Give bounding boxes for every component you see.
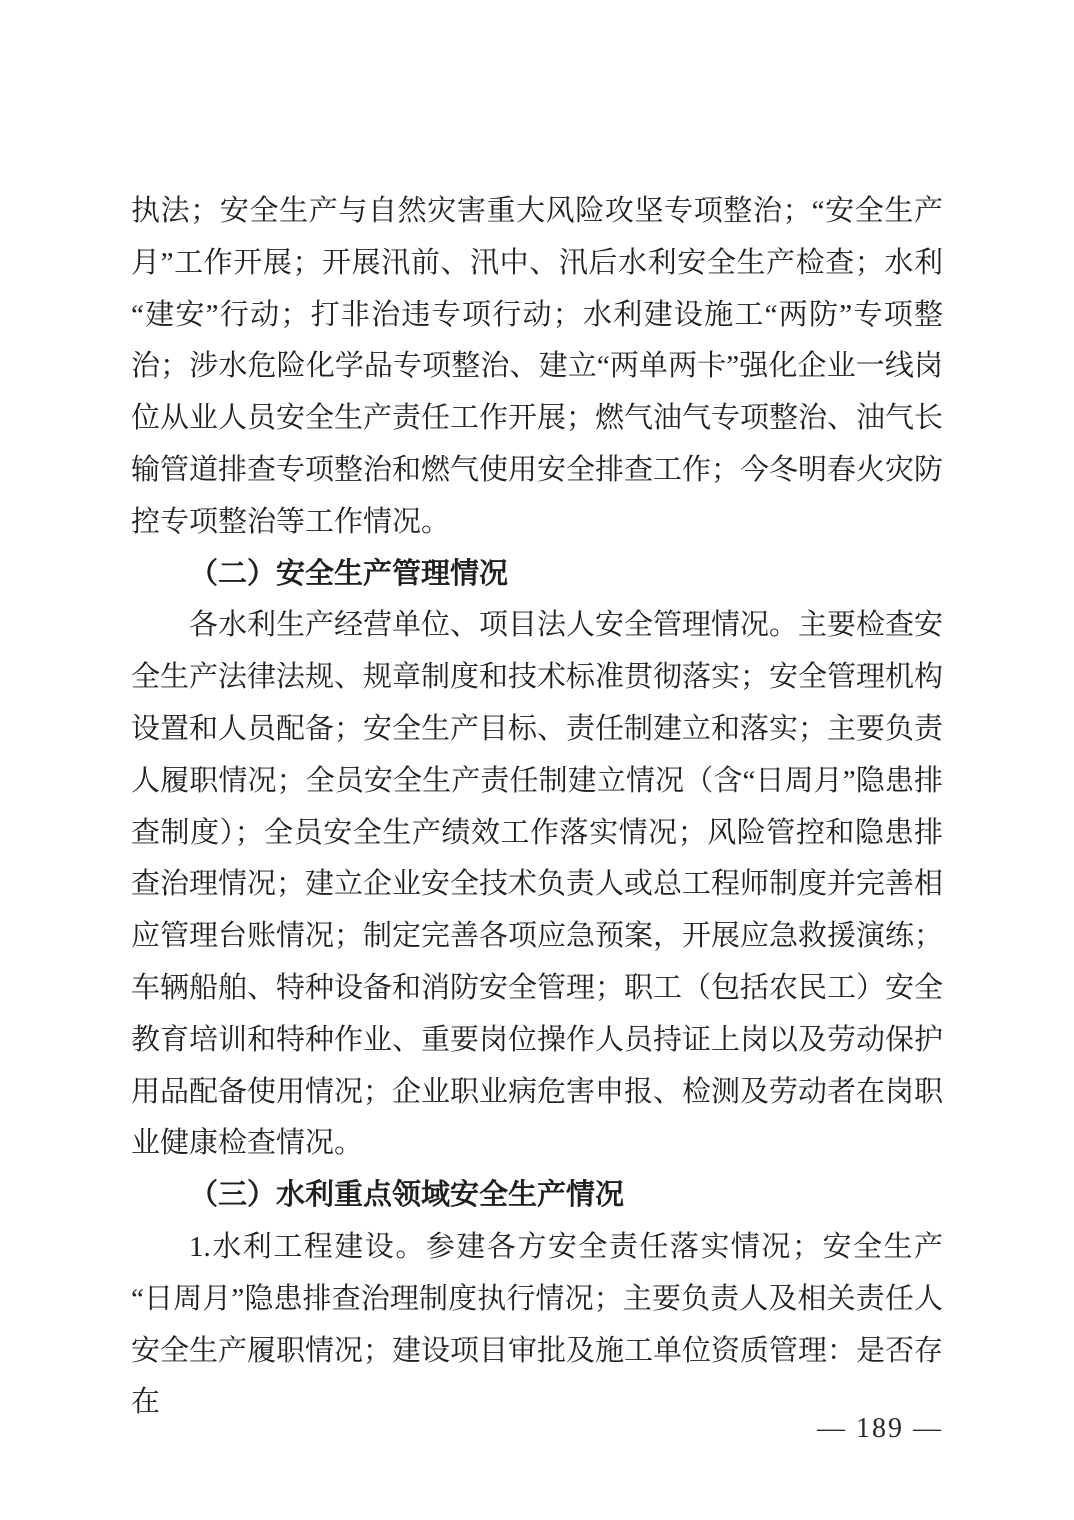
section-heading-3: （三）水利重点领域安全生产情况: [131, 1170, 943, 1222]
section-heading-2: （二）安全生产管理情况: [131, 549, 943, 601]
document-page: 执法；安全生产与自然灾害重大风险攻坚专项整治；“安全生产月”工作开展；开展汛前、…: [0, 0, 1074, 1520]
page-number: — 189 —: [817, 1412, 943, 1446]
body-paragraph-safety-management: 各水利生产经营单位、项目法人安全管理情况。主要检查安全生产法律法规、规章制度和技…: [131, 600, 943, 1170]
body-paragraph-continuation: 执法；安全生产与自然灾害重大风险攻坚专项整治；“安全生产月”工作开展；开展汛前、…: [131, 186, 943, 549]
document-body: 执法；安全生产与自然灾害重大风险攻坚专项整治；“安全生产月”工作开展；开展汛前、…: [131, 186, 943, 1429]
body-paragraph-water-construction: 1.水利工程建设。参建各方安全责任落实情况；安全生产“日周月”隐患排查治理制度执…: [131, 1222, 943, 1429]
